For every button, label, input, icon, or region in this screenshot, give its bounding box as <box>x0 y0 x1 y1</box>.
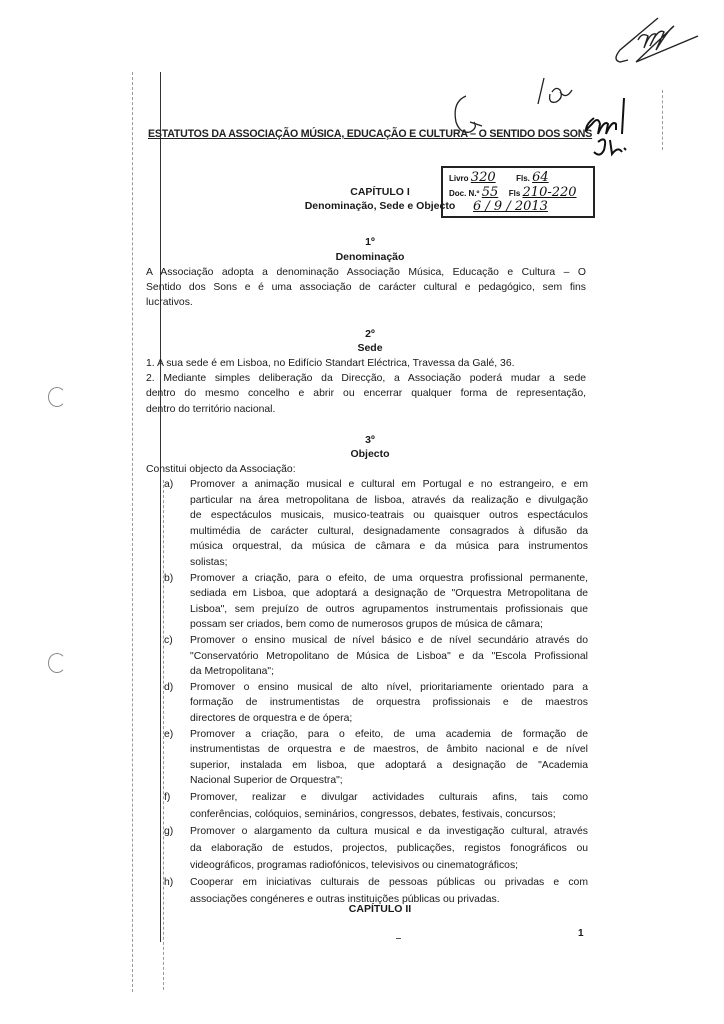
scan-margin-line <box>132 72 133 992</box>
list-marker: a) <box>164 477 173 493</box>
item-line: da elaboração de estudos, projectos, pub… <box>190 840 588 857</box>
item-line: possam ser criados, bem como de numeroso… <box>190 617 588 633</box>
article-1-body: A Associação adopta a denominação Associ… <box>146 265 586 311</box>
paragraph-line: Constitui objecto da Associação: <box>146 462 586 477</box>
article-2-body: 1. A sua sede é em Lisboa, no Edifício S… <box>146 356 586 417</box>
scan-margin-line <box>662 90 663 150</box>
article-1-heading: Denominação <box>150 251 590 263</box>
item-line: de espectáculos musicais, musico-teatrai… <box>190 508 588 524</box>
chapter-1-subtitle: Denominação, Sede e Objecto <box>180 200 580 212</box>
item-line: directores de orquestra e de ópera; <box>190 711 588 727</box>
article-3-items: a) Promover a animação musical e cultura… <box>164 477 588 908</box>
list-marker: h) <box>164 874 173 891</box>
list-marker: e) <box>164 727 173 743</box>
item-line: Lisboa", sem prejuízo de outros agrupame… <box>190 602 588 618</box>
item-line: Cooperar em iniciativas culturais de pes… <box>190 874 588 891</box>
list-marker: g) <box>164 823 173 840</box>
list-item-g: g) Promover o alargamento da cultura mus… <box>164 823 588 874</box>
item-line: conferências, colóquios, seminários, con… <box>190 806 588 823</box>
item-line: música orquestral, da música de câmara e… <box>190 539 588 555</box>
item-line: superior, instalada em lisboa, que adopt… <box>190 758 588 774</box>
item-line: Promover, realizar e divulgar actividade… <box>190 789 588 806</box>
item-line: Nacional Superior de Orquestra"; <box>190 773 588 789</box>
chapter-2-label: CAPÍTULO II <box>290 903 470 915</box>
chapter-1-label: CAPÍTULO I <box>260 186 500 198</box>
list-marker: f) <box>164 789 170 806</box>
stamp-fls-label: Fls. <box>516 174 530 183</box>
stamp-fls-value: 64 <box>532 170 549 185</box>
punch-hole-mark <box>48 653 66 673</box>
stamp-livro-value: 320 <box>471 170 496 185</box>
list-item-e: e) Promover a criação, para o efeito, de… <box>164 727 588 789</box>
stamp-fls2-label: Fls <box>509 189 521 198</box>
item-line: da Metropolitana"; <box>190 664 588 680</box>
paragraph-line: dentro do mesmo concelho e abrir ou ence… <box>146 386 586 401</box>
paragraph-line: dentro do território nacional. <box>146 402 586 417</box>
list-marker: c) <box>164 633 173 649</box>
scan-mark <box>396 938 401 939</box>
item-line: particular na área metropolitana de lisb… <box>190 493 588 509</box>
signature-initials-10 <box>534 74 580 110</box>
stamp-fls2-value: 210-220 <box>523 185 577 200</box>
item-line: Promover a animação musical e cultural e… <box>190 477 588 493</box>
item-line: videográficos, programas radiofónicos, t… <box>190 857 588 874</box>
article-3-number: 3º <box>150 434 590 446</box>
item-line: "Conservatório Metropolitano de Música d… <box>190 649 588 665</box>
article-3-heading: Objecto <box>150 448 590 460</box>
item-line: instrumentistas de orquestra e de maestr… <box>190 742 588 758</box>
item-line: Promover o ensino musical de nível básic… <box>190 633 588 649</box>
punch-hole-mark <box>48 387 66 407</box>
list-marker: d) <box>164 680 173 696</box>
item-line: formação de instrumentistas de orquestra… <box>190 695 588 711</box>
item-line: sediada em Lisboa, que adoptará a design… <box>190 586 588 602</box>
item-line: Promover a criação, para o efeito, de um… <box>190 571 588 587</box>
stamp-livro-label: Livro <box>449 174 469 183</box>
paragraph-line: 2. Mediante simples deliberação da Direc… <box>146 371 586 386</box>
article-3-intro: Constitui objecto da Associação: <box>146 462 586 477</box>
item-line: Promover o alargamento da cultura musica… <box>190 823 588 840</box>
paragraph-line: A Associação adopta a denominação Associ… <box>146 265 586 280</box>
document-title: ESTATUTOS DA ASSOCIAÇÃO MÚSICA, EDUCAÇÃO… <box>148 128 592 140</box>
page-number: 1 <box>578 928 584 939</box>
list-item-a: a) Promover a animação musical e cultura… <box>164 477 588 571</box>
item-line: multimédia de carácter cultural, designa… <box>190 524 588 540</box>
list-item-b: b) Promover a criação, para o efeito, de… <box>164 571 588 633</box>
article-1-number: 1º <box>150 236 590 248</box>
paragraph-line: Sentido dos Sons e é uma associação de c… <box>146 280 586 295</box>
item-line: Promover a criação, para o efeito, de um… <box>190 727 588 743</box>
paragraph-line: lucrativos. <box>146 295 586 310</box>
list-marker: b) <box>164 571 173 587</box>
article-2-number: 2º <box>150 328 590 340</box>
signature-top-right <box>598 10 708 70</box>
list-item-f: f) Promover, realizar e divulgar activid… <box>164 789 588 823</box>
list-item-c: c) Promover o ensino musical de nível bá… <box>164 633 588 680</box>
list-item-d: d) Promover o ensino musical de alto nív… <box>164 680 588 727</box>
paragraph-line: 1. A sua sede é em Lisboa, no Edifício S… <box>146 356 586 371</box>
scan-margin-line <box>160 72 161 942</box>
item-line: solistas; <box>190 555 588 571</box>
item-line: Promover o ensino musical de alto nível,… <box>190 680 588 696</box>
article-2-heading: Sede <box>150 342 590 354</box>
